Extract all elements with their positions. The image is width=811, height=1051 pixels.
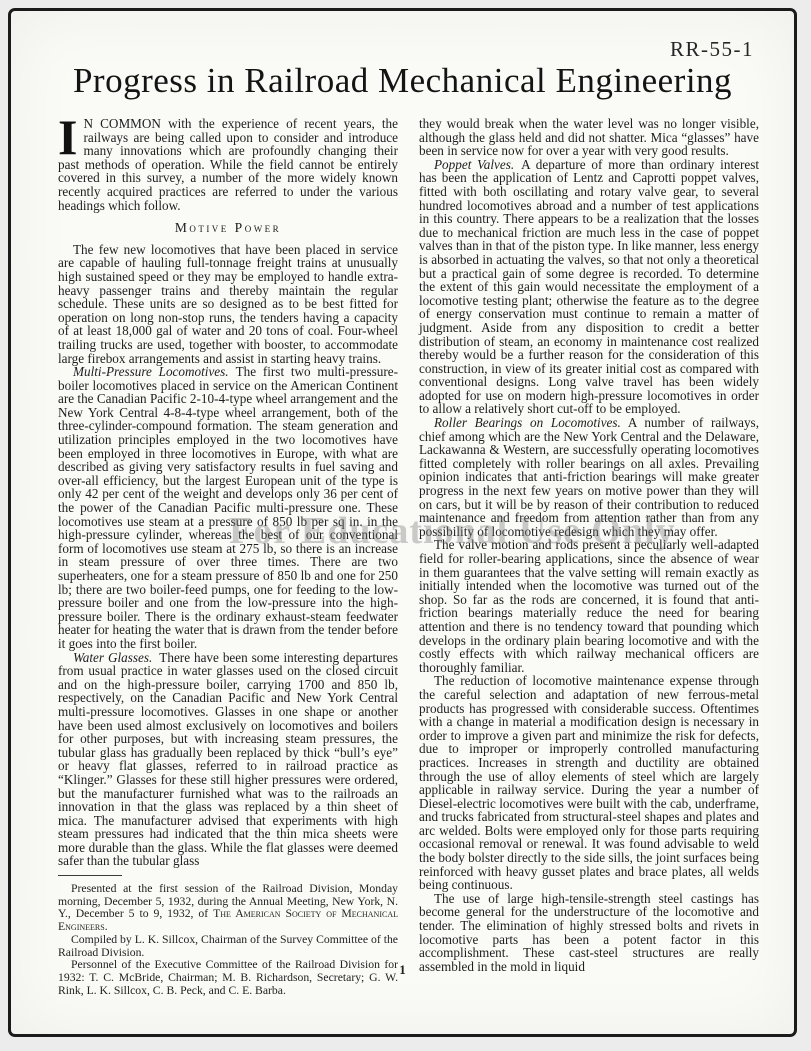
paragraph: Roller Bearings on Locomotives.A number … bbox=[419, 416, 759, 538]
page-number: 1 bbox=[11, 962, 794, 978]
paragraph-text: A departure of more than ordinary intere… bbox=[419, 157, 759, 417]
scanned-document: RR-55-1 Progress in Railroad Mechanical … bbox=[0, 0, 811, 1051]
document-code: RR-55-1 bbox=[670, 37, 754, 62]
paragraph-text: The valve motion and rods present a pecu… bbox=[419, 537, 759, 674]
footnote-text: Compiled by L. K. Sillcox, Chairman of t… bbox=[58, 933, 398, 959]
paragraph: The few new locomotives that have been p… bbox=[58, 243, 398, 365]
paragraph: they would break when the water level wa… bbox=[419, 117, 759, 158]
paragraph: Water Glasses.There have been some inter… bbox=[58, 651, 398, 869]
paragraph-text: The reduction of locomotive maintenance … bbox=[419, 673, 759, 892]
paragraph: Multi-Pressure Locomotives.The first two… bbox=[58, 365, 398, 650]
footnote-block: Presented at the first session of the Ra… bbox=[58, 875, 398, 997]
paragraph-text: The few new locomotives that have been p… bbox=[58, 242, 398, 366]
left-column: IN COMMON with the experience of recent … bbox=[58, 117, 398, 1021]
paragraph: The valve motion and rods present a pecu… bbox=[419, 538, 759, 674]
footnote: Presented at the first session of the Ra… bbox=[58, 883, 398, 934]
paragraph-text: they would break when the water level wa… bbox=[419, 117, 759, 158]
two-column-body: IN COMMON with the experience of recent … bbox=[58, 117, 759, 1021]
footnote-separator-rule bbox=[58, 875, 122, 876]
page-title: Progress in Railroad Mechanical Engineer… bbox=[11, 61, 794, 101]
page-border-frame: RR-55-1 Progress in Railroad Mechanical … bbox=[8, 8, 797, 1037]
paragraph-text: The first two multi-pressure-boiler loco… bbox=[58, 364, 398, 651]
intro-paragraph: IN COMMON with the experience of recent … bbox=[58, 117, 398, 212]
paragraph-text: A number of railways, chief among which … bbox=[419, 415, 759, 539]
right-column: they would break when the water level wa… bbox=[419, 117, 759, 1021]
paragraph-text: There have been some interesting departu… bbox=[58, 650, 398, 869]
section-heading-motive-power: Motive Power bbox=[58, 221, 398, 235]
footnote: Compiled by L. K. Sillcox, Chairman of t… bbox=[58, 934, 398, 959]
drop-cap: I bbox=[58, 117, 83, 156]
paragraph: Poppet Valves.A departure of more than o… bbox=[419, 158, 759, 416]
intro-text: N COMMON with the experience of recent y… bbox=[58, 117, 398, 213]
paragraph: The reduction of locomotive maintenance … bbox=[419, 674, 759, 892]
